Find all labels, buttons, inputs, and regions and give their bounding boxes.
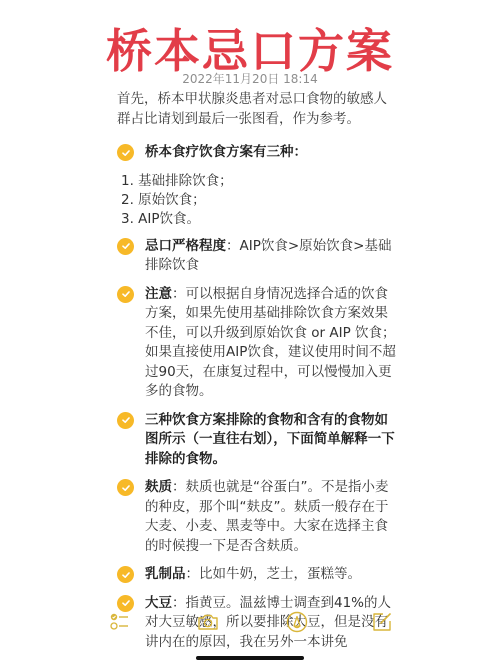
note-timestamp: 2022年11月20日 18:14 — [0, 72, 500, 86]
list-item: 2. 原始饮食； — [121, 191, 400, 210]
checklist-item: 注意：可以根据自身情况选择合适的饮食方案，如果先使用基础排除饮食方案效果不佳，可… — [117, 285, 400, 402]
item-heading: 三种饮食方案排除的食物和含有的食物如图所示（一直往右划），下面简单解释一下排除的… — [145, 412, 395, 467]
item-heading: 乳制品 — [145, 566, 186, 582]
checklist-item: 麸质：麸质也就是“谷蛋白”。不是指小麦的种皮，那个叫“麸皮”。麸质一般存在于大麦… — [117, 478, 400, 556]
home-indicator[interactable] — [196, 656, 304, 660]
item-text: ：麸质也就是“谷蛋白”。不是指小麦的种皮，那个叫“麸皮”。麸质一般存在于大麦、小… — [145, 479, 389, 554]
checked-circle-icon[interactable] — [117, 412, 134, 429]
list-item: 1. 基础排除饮食； — [121, 172, 400, 191]
item-heading: 桥本食疗饮食方案有三种： — [145, 144, 307, 160]
bottom-toolbar — [0, 604, 500, 640]
checked-circle-icon[interactable] — [117, 566, 134, 583]
checklist-item: 乳制品：比如牛奶，芝士，蛋糕等。 — [117, 565, 400, 585]
checked-circle-icon[interactable] — [117, 238, 134, 255]
item-text: ：可以根据自身情况选择合适的饮食方案，如果先使用基础排除饮食方案效果不佳，可以升… — [145, 286, 396, 400]
markup-icon[interactable] — [285, 610, 309, 634]
checked-circle-icon[interactable] — [117, 286, 134, 303]
page-title: 桥本忌口方案 — [0, 24, 500, 78]
checklist-item: 桥本食疗饮食方案有三种： — [117, 143, 400, 163]
item-heading: 注意 — [145, 286, 172, 302]
item-heading: 忌口严格程度 — [145, 238, 226, 254]
note-body[interactable]: 首先，桥本甲状腺炎患者对忌口食物的敏感人群占比请划到最后一张图看，作为参考。 桥… — [117, 90, 400, 661]
checked-circle-icon[interactable] — [117, 479, 134, 496]
checklist-icon[interactable] — [108, 610, 132, 634]
intro-paragraph: 首先，桥本甲状腺炎患者对忌口食物的敏感人群占比请划到最后一张图看，作为参考。 — [117, 90, 400, 129]
camera-icon[interactable] — [196, 610, 220, 634]
list-item: 3. AIP饮食。 — [121, 210, 400, 229]
checklist-item: 三种饮食方案排除的食物和含有的食物如图所示（一直往右划），下面简单解释一下排除的… — [117, 411, 400, 470]
checklist-item: 忌口严格程度：AIP饮食>原始饮食>基础排除饮食 — [117, 237, 400, 276]
compose-icon[interactable] — [370, 610, 394, 634]
item-heading: 麸质 — [145, 479, 172, 495]
numbered-list: 1. 基础排除饮食； 2. 原始饮食； 3. AIP饮食。 — [121, 172, 400, 229]
checked-circle-icon[interactable] — [117, 144, 134, 161]
item-text: ：比如牛奶，芝士，蛋糕等。 — [186, 566, 362, 582]
